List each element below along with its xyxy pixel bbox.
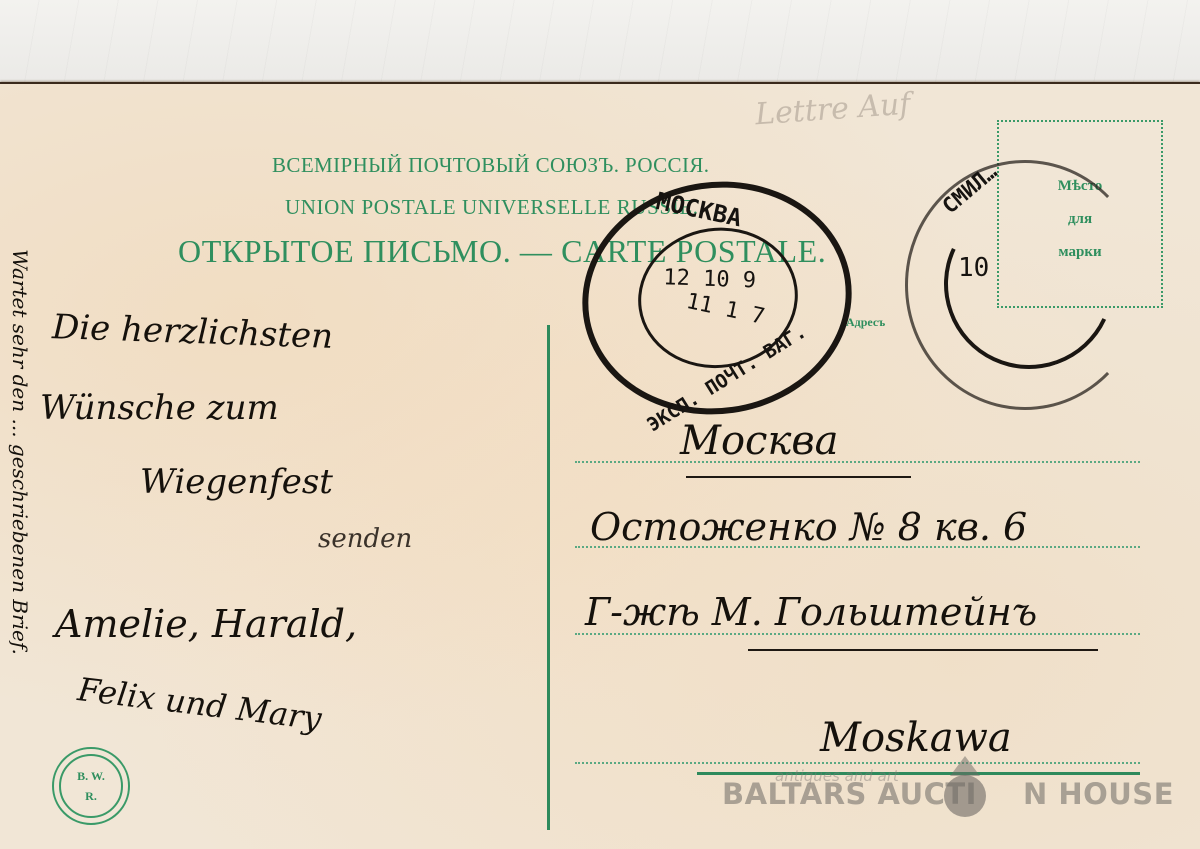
logo-text-1: B. W. <box>54 769 128 784</box>
address-line-1 <box>575 461 1140 463</box>
address-city: Москва <box>680 418 838 464</box>
publisher-logo: B. W. R. <box>52 747 130 825</box>
margin-note: Wartet sehr den ... geschriebenen Brief. <box>8 102 32 802</box>
address-line-solid <box>697 772 1140 775</box>
address-street: Остоженко № 8 кв. 6 <box>590 505 1027 549</box>
address-label: Адресъ <box>846 315 885 330</box>
address-line-4 <box>575 762 1140 764</box>
second-postmark: СМИЛ… 10 <box>905 160 1145 410</box>
scanner-background <box>0 0 1200 82</box>
watermark-title-right: N HOUSE <box>1023 777 1174 811</box>
moscow-postmark-date: 12 10 9 <box>663 265 757 293</box>
center-divider <box>547 325 550 830</box>
message-line-5: Amelie, Harald, <box>55 602 357 646</box>
message-line-2: Wünsche zum <box>40 388 279 428</box>
address-recipient: Г-жѣ М. Гольштейнъ <box>585 590 1037 634</box>
second-postmark-date: 10 <box>958 253 989 283</box>
watermark-title: BALTARS AUCTIN HOUSE <box>722 777 1174 811</box>
address-recipient-underline <box>748 649 1098 651</box>
moscow-postmark-city: МОСКВА <box>654 187 745 232</box>
message-line-4: senden <box>318 524 412 554</box>
address-city-underline <box>686 476 911 478</box>
watermark-title-left: BALTARS AUCTI <box>722 777 977 811</box>
address-city-latin: Moskawa <box>820 715 1012 761</box>
watermark-crown-icon <box>950 756 980 776</box>
header-line-russian: ВСЕМІРНЫЙ ПОЧТОВЫЙ СОЮЗЪ. РОССІЯ. <box>272 153 709 178</box>
message-line-3: Wiegenfest <box>140 462 333 502</box>
logo-text-2: R. <box>54 789 128 804</box>
